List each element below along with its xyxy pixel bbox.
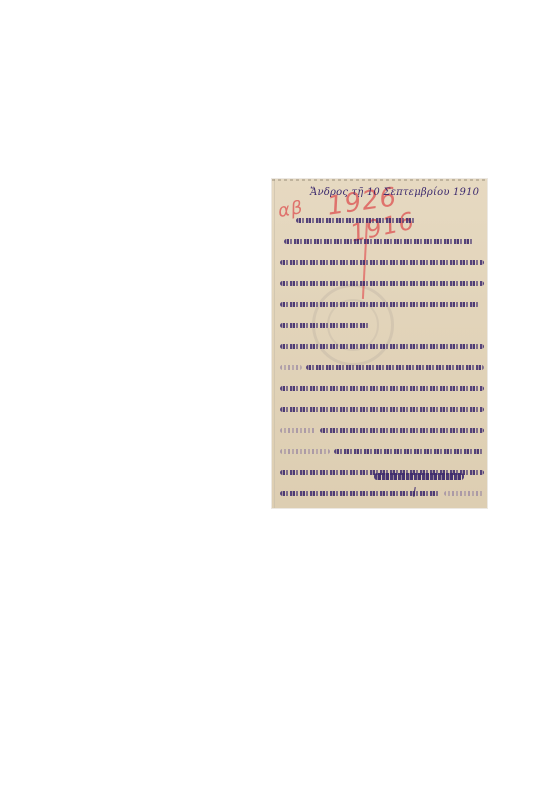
handwriting-stroke	[296, 218, 416, 223]
letter-line	[278, 377, 484, 398]
handwriting-stroke	[320, 428, 484, 433]
letter-date-header: Ἄνδρος τῇ 10 Σεπτεμβρίου 1910	[310, 187, 479, 198]
letter-line	[278, 335, 484, 356]
handwriting-stroke	[280, 407, 484, 412]
handwriting-stroke	[280, 386, 484, 391]
letter-line	[278, 482, 484, 503]
letter-line	[278, 251, 484, 272]
handwriting-stroke-faint	[280, 365, 302, 370]
handwriting-stroke	[280, 323, 370, 328]
signature	[374, 469, 464, 484]
letter-line	[278, 314, 484, 335]
handwriting-stroke	[280, 281, 484, 286]
letter-line	[278, 272, 484, 293]
handwriting-stroke	[280, 302, 480, 307]
handwriting-stroke	[280, 491, 440, 496]
handwriting-stroke	[306, 365, 484, 370]
letter-line	[278, 440, 484, 461]
letter-line	[278, 230, 484, 251]
handwriting-stroke	[280, 260, 484, 265]
page: αβ 1926 1916 Ἄνδρος τῇ 10 Σεπτεμβρίου 19…	[0, 0, 549, 800]
handwriting-stroke	[284, 239, 474, 244]
letter-paper: αβ 1926 1916 Ἄνδρος τῇ 10 Σεπτεμβρίου 19…	[272, 179, 487, 508]
handwriting-stroke-faint	[280, 428, 316, 433]
letter-line	[278, 503, 484, 508]
handwriting-stroke-faint	[444, 491, 484, 496]
letter-line	[278, 419, 484, 440]
handwriting-stroke	[280, 344, 484, 349]
letter-line	[278, 398, 484, 419]
signature-stroke	[374, 473, 464, 480]
letter-line	[278, 293, 484, 314]
handwriting-stroke	[334, 449, 484, 454]
letter-body	[278, 209, 484, 508]
letter-line	[278, 356, 484, 377]
handwriting-stroke-faint	[280, 449, 330, 454]
letter-line	[278, 209, 484, 230]
